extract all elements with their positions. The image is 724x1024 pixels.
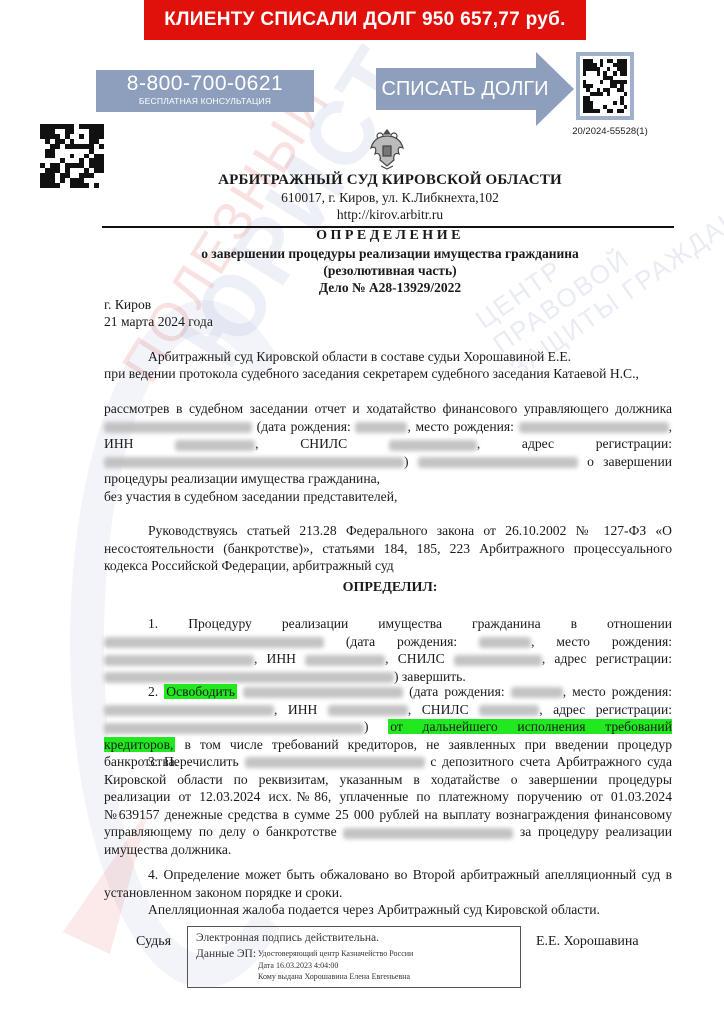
legal-basis: Руководствуясь статьей 213.28 Федерально… (104, 522, 672, 575)
document-id: 20/2024-55528(1) (560, 126, 660, 137)
document-title: ОПРЕДЕЛЕНИЕ (0, 228, 724, 244)
decision-item-4: 4. Определение может быть обжаловано во … (104, 866, 672, 901)
intro-paragraph-3: без участия в судебном заседании предста… (104, 488, 672, 506)
decided-heading: ОПРЕДЕЛИЛ: (0, 580, 724, 596)
redacted-snils (479, 705, 539, 716)
redacted-inn (175, 440, 255, 451)
judge-name: Е.Е. Хорошавина (536, 934, 639, 950)
court-url[interactable]: http://kirov.arbitr.ru (0, 207, 724, 223)
debt-written-off-banner: КЛИЕНТУ СПИСАЛИ ДОЛГ 950 657,77 руб. (144, 0, 586, 40)
redacted-birthplace (104, 655, 254, 666)
appeal-note: Апелляционная жалоба подается через Арби… (104, 901, 672, 919)
date: 21 марта 2024 года (104, 313, 672, 331)
intro-paragraph-2: рассмотрев в судебном заседании отчет и … (104, 400, 672, 488)
qr-code-frame[interactable] (576, 52, 634, 120)
redacted-birthplace (104, 705, 274, 716)
judge-label: Судья (136, 934, 171, 950)
document-part: (резолютивная часть) (0, 263, 724, 279)
phone-caption: БЕСПЛАТНАЯ КОНСУЛЬТАЦИЯ (96, 96, 314, 107)
cta-label: СПИСАТЬ ДОЛГИ (376, 68, 554, 110)
electronic-signature-box: Электронная подпись действительна. Данны… (187, 926, 521, 988)
signature-issued-to: Кому выдана Хорошавина Елена Евгеньевна (258, 971, 413, 983)
coat-of-arms-icon (367, 126, 407, 170)
phone-number: 8-800-700-0621 (96, 72, 314, 96)
redacted-address (104, 723, 364, 734)
redacted-address (104, 672, 394, 683)
place: г. Киров (104, 296, 672, 314)
phone-consultation-button[interactable]: 8-800-700-0621 БЕСПЛАТНАЯ КОНСУЛЬТАЦИЯ (96, 70, 314, 112)
highlight-release: Освободить (164, 684, 237, 699)
decision-item-1: 1. Процедуру реализации имущества гражда… (104, 615, 672, 685)
signature-issuer: Удостоверяющий центр Казначейство России (258, 948, 413, 960)
redacted-name (104, 637, 324, 648)
redacted-birthdate (479, 637, 531, 648)
signature-valid: Электронная подпись действительна. (196, 931, 512, 946)
qr-code-icon (580, 56, 630, 116)
court-name: АРБИТРАЖНЫЙ СУД КИРОВСКОЙ ОБЛАСТИ (0, 172, 724, 189)
document-subtitle: о завершении процедуры реализации имущес… (0, 246, 724, 262)
redacted-name (104, 422, 252, 433)
redacted-inn (305, 655, 385, 666)
redacted-snils (454, 655, 542, 666)
redacted-birthdate (355, 422, 407, 433)
write-off-debts-button[interactable]: СПИСАТЬ ДОЛГИ (376, 52, 576, 126)
intro-line-2: при ведении протокола судебного заседани… (104, 365, 672, 383)
redacted-name (243, 687, 403, 698)
signature-data-label: Данные ЭП: (196, 948, 258, 983)
redacted-birthdate (511, 687, 563, 698)
redacted-manager-name (418, 457, 578, 468)
redacted-snils (389, 440, 477, 451)
redacted-inn (328, 705, 408, 716)
decision-item-3: 3. Перечислить с депозитного счета Арбит… (104, 753, 672, 859)
case-number: Дело № А28-13929/2022 (0, 280, 724, 296)
intro-line-1: Арбитражный суд Кировской области в сост… (104, 348, 672, 366)
signature-date: Дата 16.03.2023 4:04:00 (258, 960, 413, 972)
redacted-manager-name (245, 757, 425, 768)
redacted-birthplace (519, 422, 669, 433)
redacted-name (343, 828, 513, 839)
court-address: 610017, г. Киров, ул. К.Либкнехта,102 (0, 190, 724, 206)
redacted-address (104, 457, 404, 468)
